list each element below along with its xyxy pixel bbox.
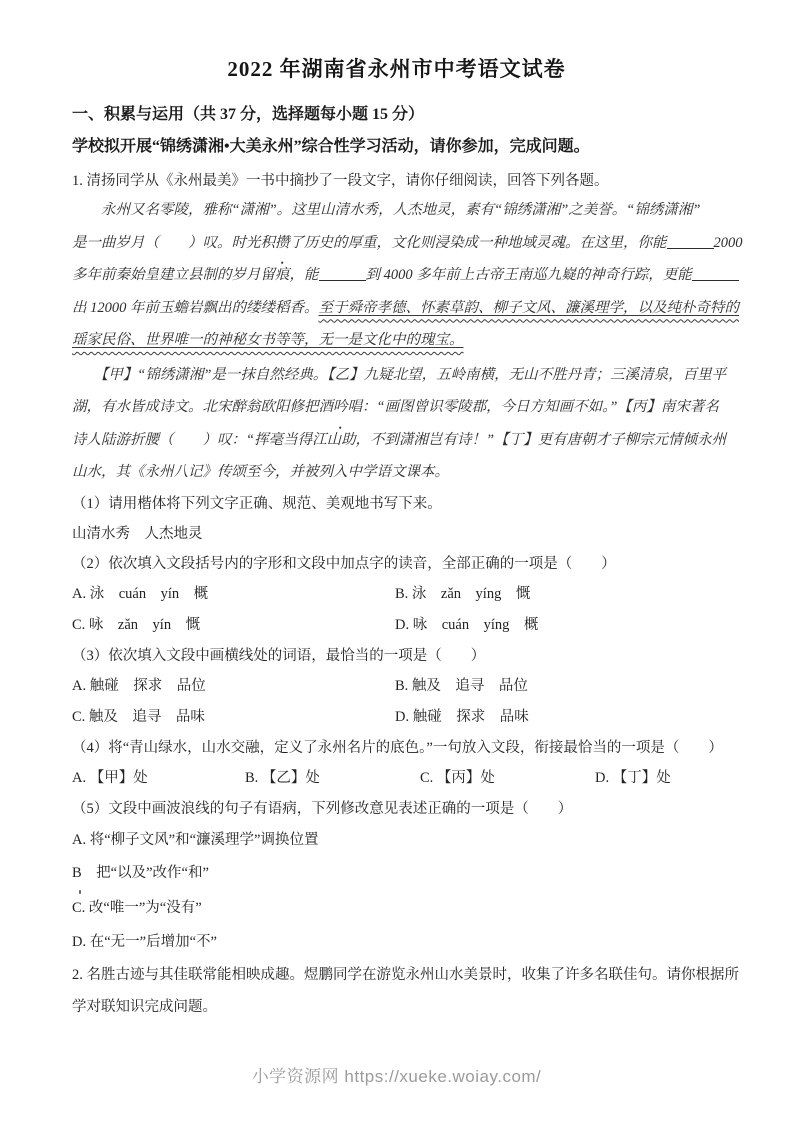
dotted-character: 攒 bbox=[275, 227, 290, 260]
sub-question-2-stem: （2）依次填入文段括号内的字形和文段中加点字的读音，全部正确的一项是（ ） bbox=[72, 549, 721, 579]
passage-text: 是一曲岁月（ ）叹。时光积 bbox=[72, 235, 275, 251]
option-b: B. 触及 追寻 品位 bbox=[395, 671, 721, 702]
option-c: C. 改“唯一”为“没有” bbox=[72, 892, 721, 925]
sub-question-5-stem: （5）文段中画波浪线的句子有语病，下列修改意见表述正确的一项是（ ） bbox=[72, 794, 721, 824]
passage-line: 多年前秦始皇建立县制的岁月留痕，能到 4000 多年前上古帝王南巡九嶷的神奇行踪… bbox=[72, 259, 721, 292]
option-b: B 把“以及”改作“和” bbox=[72, 857, 721, 890]
option-c: C. 【丙】处 bbox=[420, 763, 595, 794]
exam-page: 2022 年湖南省永州市中考语文试卷 一、积累与运用（共 37 分，选择题每小题… bbox=[0, 0, 793, 1024]
sub4-options-row: A. 【甲】处 B. 【乙】处 C. 【丙】处 D. 【丁】处 bbox=[72, 763, 721, 794]
option-d: D. 触碰 探求 品味 bbox=[395, 702, 721, 733]
passage-text: 【甲】“锦绣潇湘”是一抹自然经典。【乙】九疑北望，五岭南横，无山不胜丹青；三溪清… bbox=[72, 367, 726, 383]
passage-line: 是一曲岁月（ ）叹。时光积攒了历史的厚重，文化则浸染成一种地域灵魂。在这里，你能… bbox=[72, 227, 721, 260]
underlined-text: 至于舜帝孝德、怀素草韵、柳子文风、濂溪理学，以及纯朴奇特的 bbox=[319, 300, 740, 316]
sub5-options: A. 将“柳子文风”和“濂溪理学”调换位置 B 把“以及”改作“和” C. 改“… bbox=[72, 824, 721, 959]
passage-line: 湖，有水皆成诗文。北宋醉翁欧阳修把酒吟唱：“画图曾识零陵郡，今日方知画不如。”【… bbox=[72, 391, 721, 424]
dotted-character: 吟 bbox=[333, 391, 348, 424]
passage-line: 永州又名零陵，雅称“潇湘”。这里山清水秀，人杰地灵，素有“锦绣潇湘”之美誉。“锦… bbox=[72, 194, 721, 227]
fill-in-blank bbox=[667, 236, 714, 249]
paper-title: 2022 年湖南省永州市中考语文试卷 bbox=[72, 52, 721, 86]
option-a: A. 泳 cuán yín 概 bbox=[72, 579, 395, 610]
option-b-label: B 把“以及”改作“和” bbox=[72, 865, 209, 881]
sub2-options-row-1: A. 泳 cuán yín 概 B. 泳 zǎn yíng 慨 bbox=[72, 579, 721, 610]
passage-1: 永州又名零陵，雅称“潇湘”。这里山清水秀，人杰地灵，素有“锦绣潇湘”之美誉。“锦… bbox=[72, 194, 721, 357]
sub3-options-row-1: A. 触碰 探求 品位 B. 触及 追寻 品位 bbox=[72, 671, 721, 702]
passage-text: 了历史的厚重，文化则浸染成一种地域灵魂。在这里，你能 bbox=[290, 235, 667, 251]
passage-text: 湖，有水皆成诗文。北宋醉翁欧阳修把酒 bbox=[72, 399, 333, 415]
passage-line: 出 12000 年前玉蟾岩飘出的缕缕稻香。至于舜帝孝德、怀素草韵、柳子文风、濂溪… bbox=[72, 292, 721, 325]
fill-in-blank bbox=[319, 268, 366, 281]
option-a: A. 将“柳子文风”和“濂溪理学”调换位置 bbox=[72, 824, 721, 857]
option-c: C. 咏 zǎn yín 慨 bbox=[72, 610, 395, 641]
calligraphy-phrase: 山清水秀 人杰地灵 bbox=[72, 519, 721, 549]
passage-text: 永州又名零陵，雅称“潇湘”。这里山清水秀，人杰地灵，素有“锦绣潇湘”之美誉。“锦… bbox=[72, 202, 700, 218]
passage-text: 出 12000 年前玉蟾岩飘出的缕缕稻香。 bbox=[72, 300, 319, 316]
wavy-underlined-text: 瑶家民俗、世界唯一的神秘女书等等，无一是文化中的瑰宝。 bbox=[72, 332, 464, 348]
passage-text: 唱：“画图曾识零陵郡，今日方知画不如。”【丙】南宋著名 bbox=[348, 399, 719, 415]
option-c: C. 触及 追寻 品味 bbox=[72, 702, 395, 733]
passage-line: 山水，其《永州八记》传颂至今，并被列入中学语文课本。 bbox=[72, 456, 721, 489]
passage-text: 到 4000 多年前上古帝王南巡九嶷的神奇行踪，更能 bbox=[366, 267, 692, 283]
option-b: B. 【乙】处 bbox=[245, 763, 420, 794]
footer-watermark: 小学资源网 https://xueke.woiay.com/ bbox=[0, 1062, 793, 1087]
sub3-options-row-2: C. 触及 追寻 品味 D. 触碰 探求 品味 bbox=[72, 702, 721, 733]
passage-text: 山水，其《永州八记》传颂至今，并被列入中学语文课本。 bbox=[72, 464, 449, 480]
question2-stem-line-2: 学对联知识完成问题。 bbox=[72, 991, 721, 1024]
sub-question-3-stem: （3）依次填入文段中画横线处的词语，最恰当的一项是（ ） bbox=[72, 641, 721, 671]
option-b: B. 泳 zǎn yíng 慨 bbox=[395, 579, 721, 610]
option-d: D. 在“无一”后增加“不” bbox=[72, 926, 721, 959]
passage-text: 诗人陆游折腰（ ）叹：“挥毫当得江山助，不到潇湘岂有诗！”【丁】更有唐朝才子柳宗… bbox=[72, 432, 726, 448]
passage-2: 【甲】“锦绣潇湘”是一抹自然经典。【乙】九疑北望，五岭南横，无山不胜丹青；三溪清… bbox=[72, 359, 721, 489]
section-heading: 一、积累与运用（共 37 分，选择题每小题 15 分） bbox=[72, 104, 721, 126]
passage-text: 多年前秦始皇建立县制的岁月留痕，能 bbox=[72, 267, 319, 283]
question1-stem: 1. 清扬同学从《永州最美》一书中摘抄了一段文字，请你仔细阅读，回答下列各题。 bbox=[72, 170, 721, 192]
option-a: A. 【甲】处 bbox=[72, 763, 245, 794]
activity-intro: 学校拟开展“锦绣潇湘•大美永州”综合性学习活动，请你参加，完成问题。 bbox=[72, 136, 721, 158]
passage-line: 瑶家民俗、世界唯一的神秘女书等等，无一是文化中的瑰宝。 bbox=[72, 324, 721, 357]
passage-text: 2000 bbox=[714, 235, 743, 251]
sub-question-1-stem: （1）请用楷体将下列文字正确、规范、美观地书写下来。 bbox=[72, 489, 721, 519]
option-d: D. 【丁】处 bbox=[595, 763, 721, 794]
fill-in-blank bbox=[692, 268, 739, 281]
option-d: D. 咏 cuán yíng 概 bbox=[395, 610, 721, 641]
sub2-options-row-2: C. 咏 zǎn yín 慨 D. 咏 cuán yíng 概 bbox=[72, 610, 721, 641]
passage-line: 诗人陆游折腰（ ）叹：“挥毫当得江山助，不到潇湘岂有诗！”【丁】更有唐朝才子柳宗… bbox=[72, 424, 721, 457]
wavy-underlined-text: 至于舜帝孝德、怀素草韵、柳子文风、濂溪理学，以及纯朴奇特的 bbox=[319, 300, 740, 316]
passage-line: 【甲】“锦绣潇湘”是一抹自然经典。【乙】九疑北望，五岭南横，无山不胜丹青；三溪清… bbox=[72, 359, 721, 392]
underlined-text: 瑶家民俗、世界唯一的神秘女书等等，无一是文化中的瑰宝。 bbox=[72, 332, 464, 348]
sub-question-4-stem: （4）将“青山绿水，山水交融，定义了永州名片的底色。”一句放入文段，衔接最恰当的… bbox=[72, 733, 721, 763]
option-a: A. 触碰 探求 品位 bbox=[72, 671, 395, 702]
question2-stem-line-1: 2. 名胜古迹与其佳联常能相映成趣。煜鹏同学在游览永州山水美景时，收集了许多名联… bbox=[72, 959, 721, 992]
